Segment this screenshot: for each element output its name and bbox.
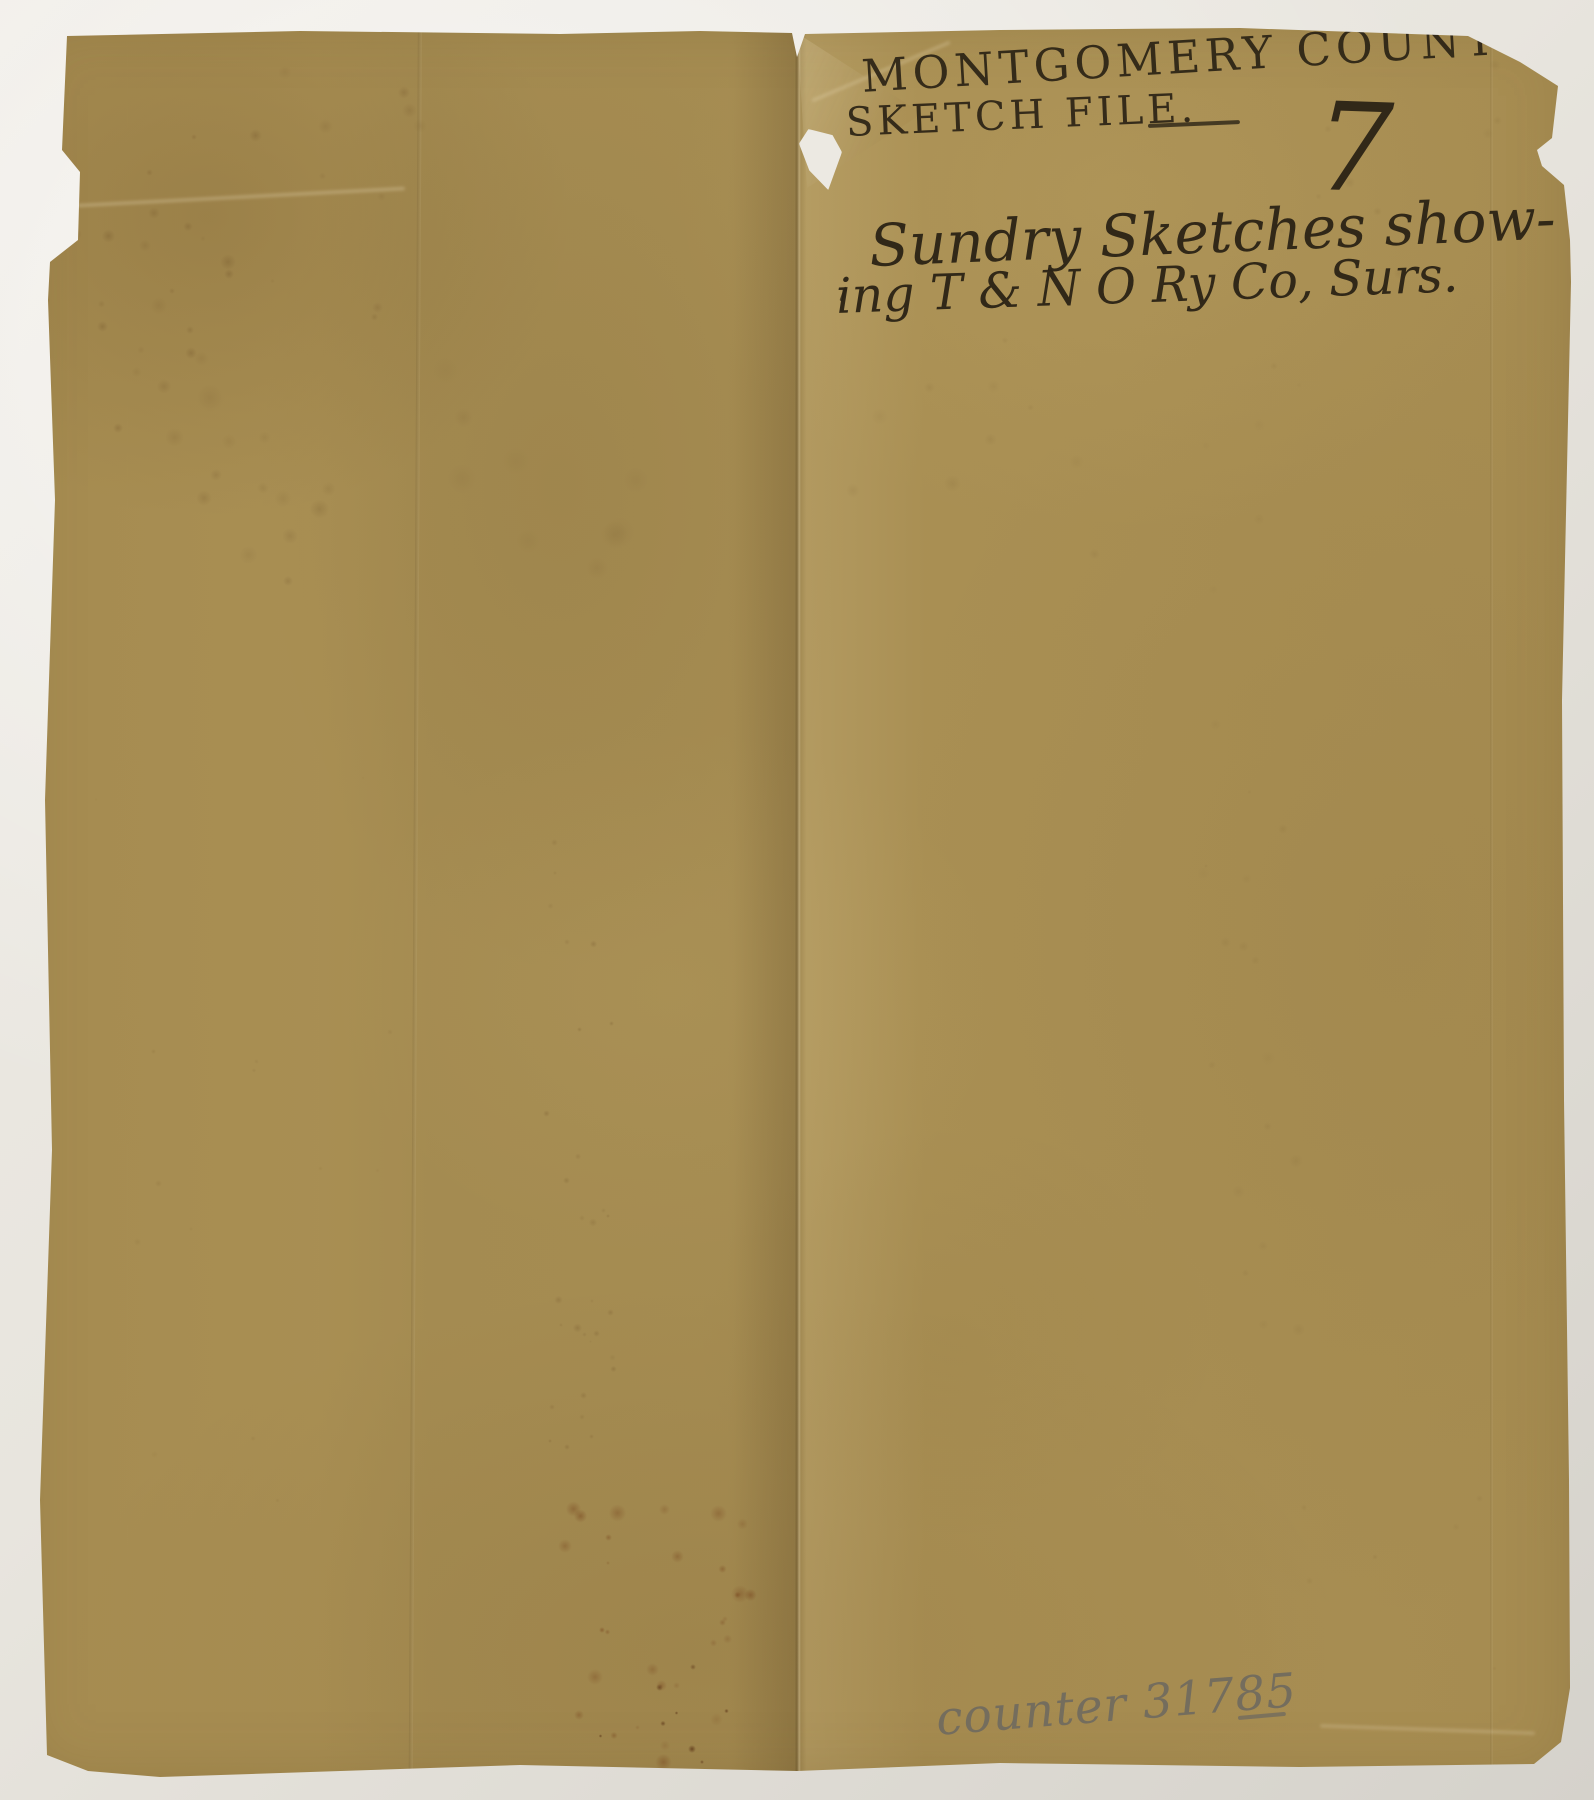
- stain-spot: [1258, 1319, 1268, 1329]
- stain-spot: [157, 379, 171, 393]
- stain-spot: [282, 528, 298, 544]
- stain-spot: [579, 1414, 585, 1420]
- stain-spot: [586, 557, 608, 579]
- stain-spot: [589, 1434, 594, 1439]
- stain-spot: [447, 464, 477, 494]
- horizontal-crease: [60, 187, 405, 208]
- stain-spot: [543, 1110, 550, 1117]
- stain-spot: [599, 1734, 602, 1737]
- stain-spot: [548, 1439, 552, 1443]
- stain-spot: [191, 134, 197, 140]
- stain-spot: [737, 1518, 748, 1529]
- stain-spot: [1306, 1577, 1314, 1585]
- stain-spot: [165, 428, 184, 447]
- stain-spot: [454, 408, 473, 427]
- stain-spot: [1492, 1666, 1497, 1671]
- stain-spot: [249, 129, 262, 142]
- stain-spot: [151, 1049, 156, 1054]
- stain-spot: [607, 1309, 614, 1316]
- stain-spot: [688, 1745, 696, 1753]
- stain-spot: [590, 1299, 593, 1302]
- stain-spot: [257, 482, 269, 494]
- stain-spot: [590, 940, 597, 947]
- stain-spot: [102, 229, 115, 242]
- stain-spot: [134, 1238, 142, 1246]
- stain-spot: [1372, 1554, 1378, 1560]
- stain-spot: [554, 1296, 563, 1305]
- stain-spot: [718, 1565, 727, 1574]
- stain-spot: [1296, 382, 1302, 388]
- stain-spot: [609, 1504, 626, 1521]
- stain-spot: [579, 1215, 586, 1222]
- stain-spot: [196, 490, 212, 506]
- stain-spot: [734, 1592, 740, 1598]
- stain-spot: [155, 1180, 162, 1187]
- bottom-crease: [1320, 1724, 1535, 1735]
- stain-spot: [148, 207, 161, 220]
- stain-spot: [575, 1153, 582, 1160]
- stain-spot: [250, 1436, 256, 1442]
- stain-spot: [646, 1663, 659, 1676]
- stain-spot: [1261, 1051, 1275, 1065]
- stain-spot: [1208, 584, 1219, 595]
- stain-spot: [432, 357, 459, 384]
- stain-spot: [97, 321, 108, 332]
- stain-spot: [1476, 1495, 1484, 1503]
- stain-spot: [710, 1713, 723, 1726]
- left-fold-crease: [409, 0, 422, 1800]
- stain-spot: [609, 1354, 616, 1361]
- county-title: MONTGOMERY COUNTY: [860, 10, 1536, 103]
- stain-spot: [606, 1214, 610, 1218]
- stain-spot: [194, 351, 209, 366]
- stain-spot: [387, 1029, 393, 1035]
- stain-spot: [564, 939, 570, 945]
- stain-spot: [1242, 1269, 1249, 1276]
- stain-spot: [113, 423, 123, 433]
- stain-spot: [1482, 128, 1494, 140]
- stain-spot: [1263, 1122, 1272, 1131]
- stain-spot: [1002, 337, 1009, 344]
- stain-spot: [846, 483, 861, 498]
- stain-spot: [582, 1332, 587, 1337]
- stain-spot: [196, 384, 224, 412]
- stain-spot: [1027, 404, 1035, 412]
- stain-spot: [599, 1627, 605, 1633]
- scanned-document: MONTGOMERY COUNTY SKETCH FILE. 7 Sundry …: [0, 0, 1594, 1800]
- stain-spot: [924, 382, 935, 393]
- stain-spot: [610, 1366, 617, 1373]
- stain-spot: [210, 469, 222, 481]
- stain-spot: [574, 1509, 588, 1523]
- stain-spot: [1278, 824, 1288, 834]
- stain-spot: [150, 297, 167, 314]
- stain-spot: [318, 1166, 323, 1171]
- stain-spot: [372, 302, 383, 313]
- stain-spot: [151, 1451, 158, 1458]
- stain-spot: [274, 490, 291, 507]
- stain-spot: [549, 1404, 555, 1410]
- stain-spot: [871, 408, 888, 425]
- stain-spot: [660, 1721, 666, 1727]
- stain-spot: [987, 380, 1000, 393]
- stain-spot: [1089, 549, 1099, 559]
- envelope-cover: MONTGOMERY COUNTY SKETCH FILE. 7 Sundry …: [0, 0, 1594, 1800]
- center-fold-crease: [794, 0, 801, 1800]
- stain-spot: [1253, 513, 1265, 525]
- stain-spot: [94, 798, 97, 801]
- stain-spot: [558, 1539, 572, 1553]
- stain-spot: [589, 1340, 592, 1343]
- stain-spot: [258, 431, 271, 444]
- stain-spot: [321, 482, 335, 496]
- stain-spot: [1232, 1185, 1245, 1198]
- stain-spot: [1210, 719, 1221, 730]
- stain-spot: [131, 367, 141, 377]
- stain-spot: [224, 269, 235, 280]
- stain-spot: [146, 169, 153, 176]
- stain-spot: [700, 1760, 704, 1764]
- stain-spot: [671, 1550, 684, 1563]
- stain-spot: [593, 1330, 600, 1337]
- stain-spot: [186, 326, 194, 334]
- center-fold-shadow: [726, 0, 794, 1800]
- counter-annotation: counter 31785: [934, 1663, 1299, 1747]
- stain-spot: [573, 1323, 583, 1333]
- stain-spot: [605, 1629, 610, 1634]
- stain-spot: [413, 119, 427, 133]
- right-fold-crease: [1490, 0, 1493, 1800]
- stain-spot: [551, 839, 559, 847]
- stain-spot: [984, 433, 997, 446]
- stain-spot: [1208, 1061, 1217, 1070]
- stain-spot: [659, 1504, 670, 1515]
- stain-spot: [563, 1177, 570, 1184]
- stain-spot: [283, 576, 293, 586]
- stain-spot: [710, 1505, 727, 1522]
- stain-spot: [398, 86, 410, 98]
- stain-spot: [98, 300, 105, 307]
- stain-spot: [1258, 1241, 1268, 1251]
- stain-spot: [137, 346, 144, 353]
- stain-spot: [564, 1444, 570, 1450]
- stain-spot: [275, 1498, 281, 1504]
- stain-spot: [502, 447, 530, 475]
- stain-spot: [1197, 867, 1210, 880]
- stain-spot: [710, 1639, 718, 1647]
- stain-spot: [402, 103, 417, 118]
- stain-spot: [278, 65, 292, 79]
- stain-spot: [1252, 418, 1266, 432]
- stain-spot: [1493, 116, 1502, 125]
- stain-spot: [1247, 790, 1251, 794]
- stain-spot: [1220, 937, 1231, 948]
- stain-spot: [318, 119, 333, 134]
- stain-spot: [605, 1534, 612, 1541]
- stain-spot: [724, 1709, 728, 1713]
- stain-spot: [690, 1664, 696, 1670]
- stain-spot: [1251, 956, 1260, 965]
- stain-spot: [139, 239, 152, 252]
- stain-spot: [239, 546, 258, 565]
- stain-spot: [270, 279, 274, 283]
- stain-spot: [1238, 941, 1248, 951]
- stain-spot: [589, 1218, 597, 1226]
- stain-spot: [319, 172, 327, 180]
- stain-spot: [610, 1732, 618, 1740]
- stain-spot: [673, 1682, 679, 1688]
- stain-spot: [577, 1027, 582, 1032]
- stain-spot: [587, 1669, 603, 1685]
- stain-spot: [623, 467, 649, 493]
- stain-spot: [189, 1227, 194, 1232]
- stain-spot: [1270, 362, 1278, 370]
- stain-spot: [200, 236, 205, 241]
- stain-spot: [606, 1561, 610, 1565]
- stain-spot: [516, 529, 540, 553]
- stain-spot: [574, 1710, 585, 1721]
- stain-spot: [675, 1711, 678, 1714]
- stain-spot: [377, 192, 386, 201]
- stain-spot: [547, 903, 554, 910]
- stain-spot: [1241, 874, 1251, 884]
- stain-spot: [1292, 1323, 1305, 1336]
- stain-spot: [580, 1392, 588, 1400]
- stain-spot: [70, 228, 82, 240]
- stain-spot: [310, 499, 329, 518]
- stain-spot: [1069, 455, 1083, 469]
- stain-spot: [1200, 440, 1212, 452]
- stain-spot: [1452, 1523, 1460, 1531]
- stain-spot: [220, 254, 236, 270]
- stain-spot: [252, 1068, 257, 1073]
- stain-spot: [183, 222, 193, 232]
- stain-spot: [169, 288, 175, 294]
- stain-spot: [361, 776, 365, 780]
- stain-spot: [655, 1754, 671, 1770]
- stain-spot: [1289, 1154, 1303, 1168]
- stain-spot: [660, 1740, 671, 1751]
- stain-spot: [559, 1323, 562, 1326]
- stain-spot: [601, 1208, 606, 1213]
- stain-spot: [609, 1021, 613, 1025]
- stain-spot: [1301, 1504, 1307, 1510]
- stain-spot: [944, 475, 961, 492]
- stain-spot: [635, 1725, 640, 1730]
- stain-spot: [375, 1168, 380, 1173]
- stain-spot: [553, 871, 557, 875]
- stain-spot: [254, 1059, 259, 1064]
- stain-spot: [723, 1634, 732, 1643]
- stain-spot: [600, 521, 628, 549]
- stain-spot: [371, 313, 379, 321]
- stain-spot: [221, 434, 236, 449]
